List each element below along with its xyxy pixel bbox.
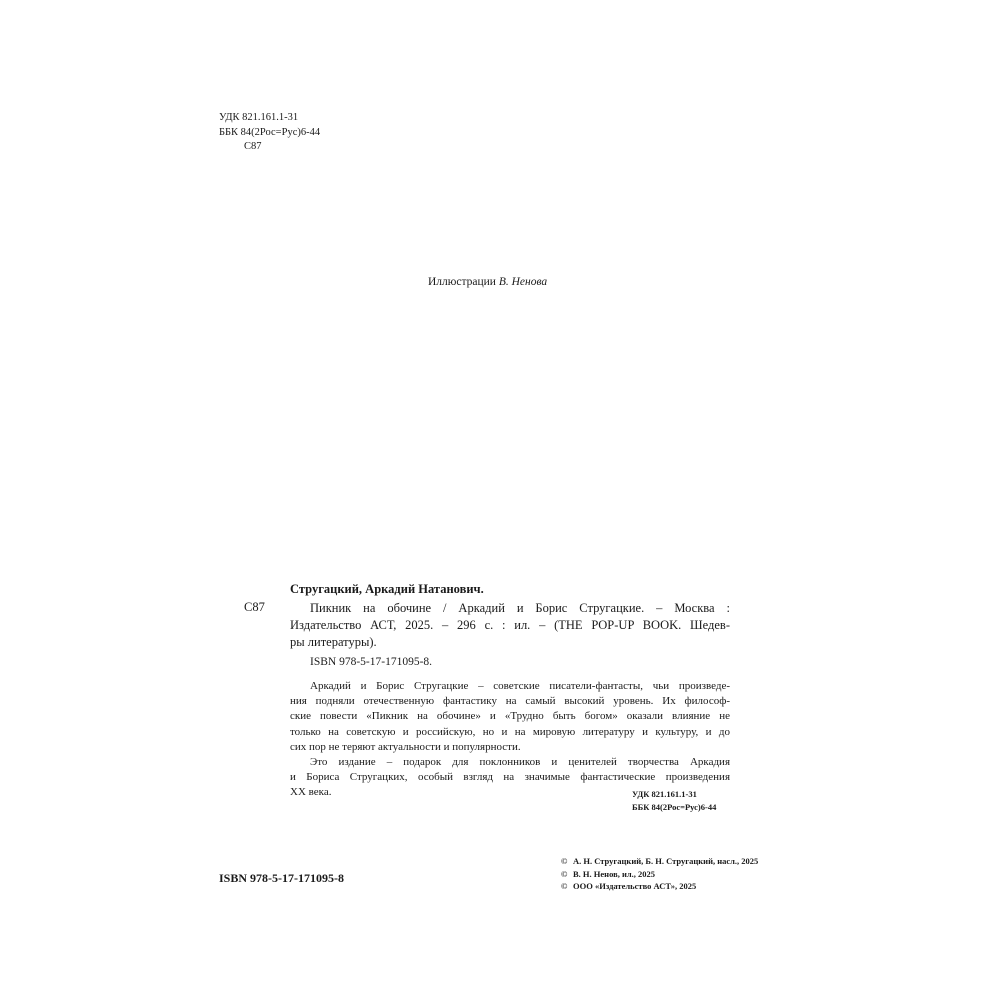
annotation-line: Аркадий и Борис Стругацкие – советские п…: [290, 679, 730, 694]
annotation-line: и Бориса Стругацких, особый взгляд на зн…: [290, 770, 730, 785]
copyright-icon: ©: [561, 855, 573, 868]
bottom-classification-codes: УДК 821.161.1-31 ББК 84(2Рос=Рус)6-44: [632, 788, 716, 813]
author-heading: Стругацкий, Аркадий Натанович.: [290, 582, 484, 597]
annotation: Аркадий и Борис Стругацкие – советские п…: [290, 679, 730, 801]
bibliographic-description: Пикник на обочине / Аркадий и Борис Стру…: [290, 600, 730, 650]
bbk-code: ББК 84(2Рос=Рус)6-44: [632, 801, 716, 814]
copyright-entry: ©А. Н. Стругацкий, Б. Н. Стругацкий, нас…: [561, 855, 758, 868]
udk-code: УДК 821.161.1-31: [632, 788, 716, 801]
udk-code: УДК 821.161.1-31: [219, 111, 320, 126]
author-mark: С87: [219, 140, 320, 155]
annotation-line: сих пор не теряют актуальности и популяр…: [290, 740, 730, 755]
record-author-mark: С87: [244, 600, 265, 615]
top-classification-codes: УДК 821.161.1-31 ББК 84(2Рос=Рус)6-44 С8…: [219, 111, 320, 155]
copyright-entry: ©ООО «Издательство АСТ», 2025: [561, 880, 758, 893]
illustrations-credit: Иллюстрации В. Ненова: [428, 276, 547, 288]
copyright-entry: ©В. Н. Ненов, ил., 2025: [561, 868, 758, 881]
copyright-icon: ©: [561, 868, 573, 881]
copyright-icon: ©: [561, 880, 573, 893]
illustrations-label: Иллюстрации: [428, 276, 496, 288]
record-isbn: ISBN 978-5-17-171095-8.: [310, 656, 432, 668]
annotation-line: Это издание – подарок для поклонников и …: [290, 755, 730, 770]
illustrations-artist: В. Ненова: [499, 276, 547, 288]
biblio-line: ры литературы).: [290, 634, 730, 651]
annotation-line: ния подняли отечественную фантастику на …: [290, 694, 730, 709]
biblio-line: Издательство АСТ, 2025. – 296 с. : ил. –…: [290, 617, 730, 634]
isbn-bottom: ISBN 978-5-17-171095-8: [219, 871, 344, 886]
biblio-line: Пикник на обочине / Аркадий и Борис Стру…: [290, 600, 730, 617]
annotation-line: ские повести «Пикник на обочине» и «Труд…: [290, 709, 730, 724]
copyright-block: ©А. Н. Стругацкий, Б. Н. Стругацкий, нас…: [561, 855, 758, 893]
bbk-code: ББК 84(2Рос=Рус)6-44: [219, 126, 320, 141]
annotation-line: только на советскую и российскую, но и н…: [290, 725, 730, 740]
